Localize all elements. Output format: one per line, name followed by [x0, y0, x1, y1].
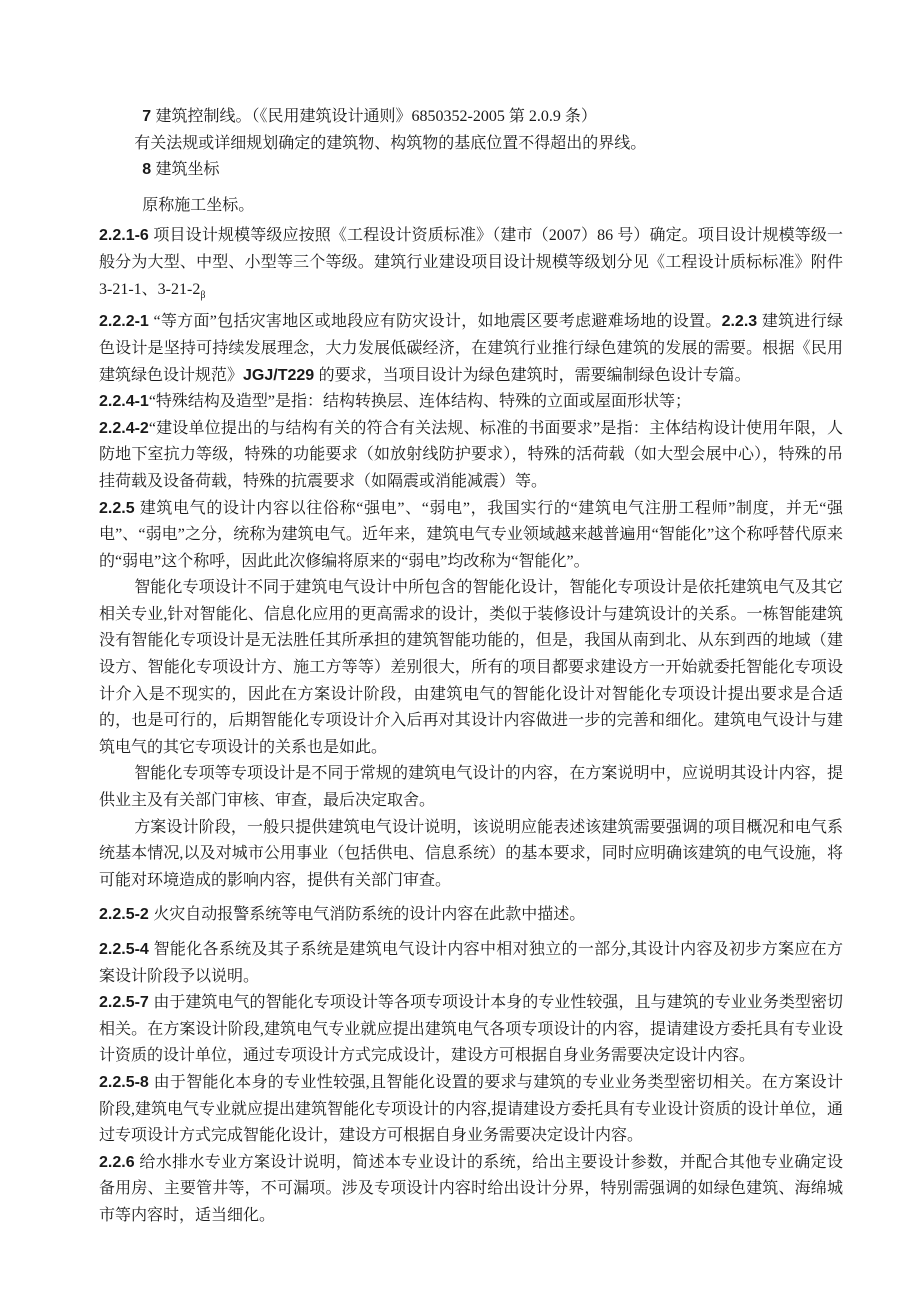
clause-2-2-5-4: 2.2.5-4 智能化各系统及其子系统是建筑电气设计内容中相对独立的一部分,其设… [99, 937, 843, 990]
text-run: 智能化专项设计不同于建筑电气设计中所包含的智能化设计，智能化专项设计是依托建筑电… [99, 579, 843, 756]
clause-2-2-5-2: 2.2.5-2 火灾自动报警系统等电气消防系统的设计内容在此款中描述。 [99, 902, 843, 929]
clause-2-2-1-6: 2.2.1-6 项目设计规模等级应按照《工程设计资质标准》（建市（2007）86… [99, 223, 843, 309]
clause-number: 2.2.4-1 [99, 393, 149, 410]
clause-2-2-6: 2.2.6 给水排水专业方案设计说明，简述本专业设计的系统，给出主要设计参数，并… [99, 1150, 843, 1230]
clause-number: 2.2.6 [99, 1154, 139, 1171]
text-run: 智能化各系统及其子系统是建筑电气设计内容中相对独立的一部分,其设计内容及初步方案… [99, 941, 843, 985]
text-run: 有关法规或详细规划确定的建筑物、构筑物的基底位置不得超出的界线。 [134, 135, 646, 152]
clause-8-body: 原称施工坐标。 [99, 193, 843, 220]
clause-7-body: 有关法规或详细规划确定的建筑物、构筑物的基底位置不得超出的界线。 [99, 131, 843, 158]
clause-number: 7 [142, 108, 155, 125]
clause-2-2-5-note-3: 方案设计阶段，一般只提供建筑电气设计说明，该说明应能表述该建筑需要强调的项目概况… [99, 815, 843, 895]
text-run: 智能化专项等专项设计是不同于常规的建筑电气设计的内容，在方案说明中，应说明其设计… [99, 765, 843, 809]
clause-2-2-5: 2.2.5 建筑电气的设计内容以往俗称“强电”、“弱电”，我国实行的“建筑电气注… [99, 496, 843, 576]
clause-number: 2.2.1-6 [99, 227, 153, 244]
clause-number: 2.2.5-7 [99, 994, 153, 1011]
text-run: 的要求，当项目设计为绿色建筑时，需要编制绿色设计专篇。 [319, 367, 751, 384]
clause-number: 2.2.2-1 [99, 313, 154, 330]
document-body: 7 建筑控制线。（《民用建筑设计通则》6850352-2005 第 2.0.9 … [99, 104, 843, 1230]
clause-2-2-5-8: 2.2.5-8 由于智能化本身的专业性较强,且智能化设置的要求与建筑的专业业务类… [99, 1070, 843, 1150]
text-run: “特殊结构及造型”是指：结构转换层、连体结构、特殊的立面或屋面形状等； [149, 393, 691, 410]
clause-2-2-5-7: 2.2.5-7 由于建筑电气的智能化专项设计等各项专项设计本身的专业性较强，且与… [99, 990, 843, 1070]
clause-number: 2.2.5-8 [99, 1074, 154, 1091]
text-run: 由于建筑电气的智能化专项设计等各项专项设计本身的专业性较强，且与建筑的专业业务类… [99, 994, 843, 1064]
text-run: 建筑控制线。（《民用建筑设计通则》6850352-2005 第 2.0.9 条） [156, 108, 597, 125]
clause-number: 2.2.4-2 [99, 420, 149, 437]
clause-2-2-5-note-1: 智能化专项设计不同于建筑电气设计中所包含的智能化设计，智能化专项设计是依托建筑电… [99, 575, 843, 761]
text-run: 建筑电气的设计内容以往俗称“强电”、“弱电”，我国实行的“建筑电气注册工程师”制… [99, 500, 843, 570]
text-run: “等方面”包括灾害地区或地段应有防灾设计，如地震区要考虑避难场地的设置。 [154, 313, 722, 330]
clause-number: 2.2.5-2 [99, 906, 153, 923]
text-run: “建设单位提出的与结构有关的符合有关法规、标准的书面要求”是指：主体结构设计使用… [99, 420, 843, 490]
clause-number: JGJ/T229 [243, 367, 319, 384]
clause-number: 8 [142, 161, 155, 178]
clause-7: 7 建筑控制线。（《民用建筑设计通则》6850352-2005 第 2.0.9 … [99, 104, 843, 131]
clause-number: 2.2.5-4 [99, 941, 154, 958]
text-run: 项目设计规模等级应按照《工程设计资质标准》（建市（2007）86 号）确定。项目… [99, 227, 843, 297]
text-run: 建筑坐标 [156, 161, 220, 178]
clause-2-2-4-2: 2.2.4-2“建设单位提出的与结构有关的符合有关法规、标准的书面要求”是指：主… [99, 416, 843, 496]
document-page: { "page": { "background": "#ffffff", "te… [0, 0, 920, 1301]
clause-2-2-4-1: 2.2.4-1“特殊结构及造型”是指：结构转换层、连体结构、特殊的立面或屋面形状… [99, 389, 843, 416]
clause-2-2-5-note-2: 智能化专项等专项设计是不同于常规的建筑电气设计的内容，在方案说明中，应说明其设计… [99, 761, 843, 814]
text-run: 由于智能化本身的专业性较强,且智能化设置的要求与建筑的专业业务类型密切相关。在方… [99, 1074, 843, 1144]
clause-number: 2.2.5 [99, 500, 140, 517]
clause-number: 2.2.3 [722, 313, 762, 330]
text-run: 方案设计阶段，一般只提供建筑电气设计说明，该说明应能表述该建筑需要强调的项目概况… [99, 819, 843, 889]
subscript-mark: β [200, 290, 205, 301]
text-run: 给水排水专业方案设计说明，简述本专业设计的系统，给出主要设计参数，并配合其他专业… [99, 1154, 843, 1224]
clause-8: 8 建筑坐标 [99, 157, 843, 184]
text-run: 火灾自动报警系统等电气消防系统的设计内容在此款中描述。 [153, 906, 585, 923]
text-run: 原称施工坐标。 [142, 197, 254, 214]
clause-2-2-2-1: 2.2.2-1 “等方面”包括灾害地区或地段应有防灾设计，如地震区要考虑避难场地… [99, 309, 843, 389]
